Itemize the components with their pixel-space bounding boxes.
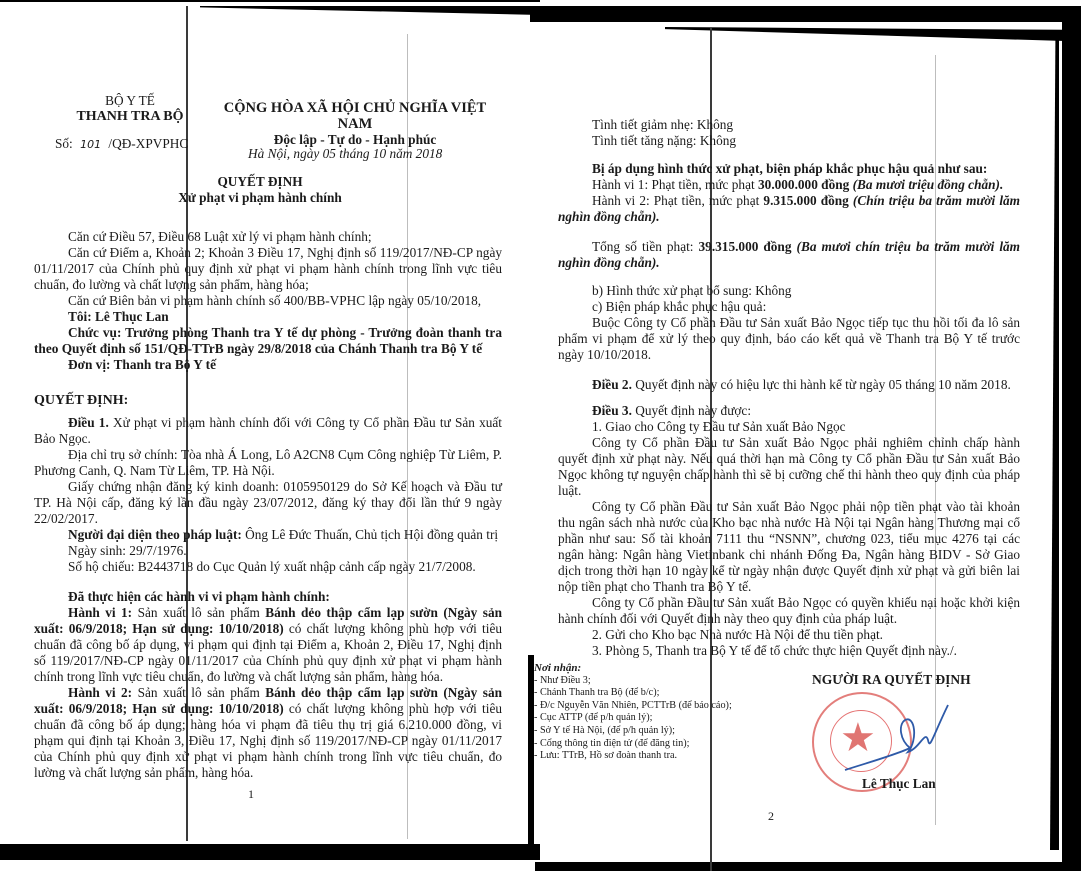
recipients-heading: Nơi nhận:: [534, 662, 774, 675]
representative-passport: Số hộ chiếu: B2443718 do Cục Quản lý xuấ…: [34, 559, 502, 575]
document-heading: QUYẾT ĐỊNH Xử phạt vi phạm hành chính: [160, 174, 360, 206]
recipient-item: - Như Điều 3;: [534, 675, 774, 688]
article-3-item-2: 2. Gửi cho Kho bạc Nhà nước Hà Nội để th…: [558, 627, 1020, 643]
scan-border-right: [1062, 6, 1081, 871]
recipient-item: - Cổng thông tin điện tử (để đăng tin);: [534, 738, 774, 751]
violations-heading: Đã thực hiện các hành vi vi phạm hành ch…: [34, 589, 502, 605]
violation-2: Hành vi 2: Sản xuất lô sản phẩm Bánh dẻo…: [34, 685, 502, 781]
article-3-item-compliance: Công ty Cổ phần Đầu tư Sản xuất Bảo Ngọc…: [558, 435, 1020, 499]
article-3: Điều 3. Quyết định này được:: [558, 403, 1020, 419]
recipient-item: - Cục ATTP (để p/h quản lý);: [534, 712, 774, 725]
article-1: Điều 1. Xử phạt vi phạm hành chính đối v…: [34, 415, 502, 447]
representative-dob: Ngày sinh: 29/7/1976.: [34, 543, 502, 559]
article-3-item-payment: Công ty Cổ phần Đầu tư Sản xuất Bảo Ngọc…: [558, 499, 1020, 595]
article-2: Điều 2. Quyết định này có hiệu lực thi h…: [558, 377, 1020, 393]
article-3-item-1: 1. Giao cho Công ty Đầu tư Sản xuất Bảo …: [558, 419, 1020, 435]
place-date: Hà Nội, ngày 05 tháng 10 năm 2018: [248, 146, 442, 162]
document-body-1: Căn cứ Điều 57, Điều 68 Luật xử lý vi ph…: [34, 229, 502, 781]
decision-heading: QUYẾT ĐỊNH:: [34, 393, 502, 409]
page-number-1: 1: [248, 786, 254, 802]
document-number: Số: 101 /QĐ-XPVPHC: [55, 136, 188, 153]
document-body-2: Tình tiết giảm nhẹ: Không Tình tiết tăng…: [558, 117, 1020, 659]
agency-parent: BỘ Y TẾ: [60, 93, 200, 109]
legal-representative: Người đại diện theo pháp luật: Ông Lê Đứ…: [34, 527, 502, 543]
penalty-heading: Bị áp dụng hình thức xử phạt, biện pháp …: [558, 161, 1020, 177]
legal-basis-3: Căn cứ Biên bản vi phạm hành chính số 40…: [34, 293, 502, 309]
page-2: Tình tiết giảm nhẹ: Không Tình tiết tăng…: [540, 0, 1060, 862]
mitigating-circumstances: Tình tiết giảm nhẹ: Không: [558, 117, 1020, 133]
handwritten-number: 101: [80, 138, 101, 151]
doc-type: QUYẾT ĐỊNH: [160, 174, 360, 190]
page-number-2: 2: [768, 808, 774, 824]
recipient-item: - Sở Y tế Hà Nội, (để p/h quản lý);: [534, 725, 774, 738]
issuing-agency: BỘ Y TẾ THANH TRA BỘ: [60, 93, 200, 125]
legal-basis-1: Căn cứ Điều 57, Điều 68 Luật xử lý vi ph…: [34, 229, 502, 245]
recipient-item: - Chánh Thanh tra Bộ (để b/c);: [534, 687, 774, 700]
remedy: Buộc Công ty Cổ phần Đầu tư Sản xuất Bảo…: [558, 315, 1020, 363]
issuer: Tôi: Lê Thục Lan: [34, 309, 502, 325]
signature-icon: [840, 700, 950, 780]
recipients-block: Nơi nhận: - Như Điều 3; - Chánh Thanh tr…: [534, 662, 774, 763]
recipient-item: - Đ/c Nguyễn Văn Nhiên, PCTTrB (để báo c…: [534, 700, 774, 713]
unit: Đơn vị: Thanh tra Bộ Y tế: [34, 357, 502, 373]
company-address: Địa chỉ trụ sở chính: Tòa nhà Á Long, Lô…: [34, 447, 502, 479]
scan-border-bottom-left: [0, 844, 540, 860]
scan-border-bottom-right: [535, 862, 1081, 871]
signer-name: Lê Thục Lan: [862, 776, 936, 792]
violation-1: Hành vi 1: Sản xuất lô sản phẩm Bánh dẻo…: [34, 605, 502, 685]
article-3-item-appeal: Công ty Cổ phần Đầu tư Sản xuất Bảo Ngọc…: [558, 595, 1020, 627]
recipient-item: - Lưu: TTrB, Hồ sơ đoàn thanh tra.: [534, 750, 774, 763]
nation-title: CỘNG HÒA XÃ HỘI CHỦ NGHĨA VIỆT NAM: [205, 100, 505, 132]
position: Chức vụ: Trưởng phòng Thanh tra Y tế dự …: [34, 325, 502, 357]
penalty-1: Hành vi 1: Phạt tiền, mức phạt 30.000.00…: [558, 177, 1020, 193]
total-penalty: Tổng số tiền phạt: 39.315.000 đồng (Ba m…: [558, 239, 1020, 271]
doc-subject: Xử phạt vi phạm hành chính: [160, 190, 360, 206]
signer-title: NGƯỜI RA QUYẾT ĐỊNH: [812, 672, 971, 688]
agency-name: THANH TRA BỘ: [60, 109, 200, 125]
page-1: BỘ Y TẾ THANH TRA BỘ Số: 101 /QĐ-XPVPHC …: [0, 0, 540, 844]
penalty-2: Hành vi 2: Phạt tiền, mức phạt 9.315.000…: [558, 193, 1020, 225]
article-3-item-3: 3. Phòng 5, Thanh tra Bộ Y tế để tổ chức…: [558, 643, 1020, 659]
remedy-heading: c) Biện pháp khắc phục hậu quả:: [558, 299, 1020, 315]
legal-basis-2: Căn cứ Điểm a, Khoản 2; Khoản 3 Điều 17,…: [34, 245, 502, 293]
business-registration: Giấy chứng nhận đăng ký kinh doanh: 0105…: [34, 479, 502, 527]
additional-penalty: b) Hình thức xử phạt bổ sung: Không: [558, 283, 1020, 299]
national-header: CỘNG HÒA XÃ HỘI CHỦ NGHĨA VIỆT NAM Độc l…: [205, 100, 505, 148]
aggravating-circumstances: Tình tiết tăng nặng: Không: [558, 133, 1020, 149]
